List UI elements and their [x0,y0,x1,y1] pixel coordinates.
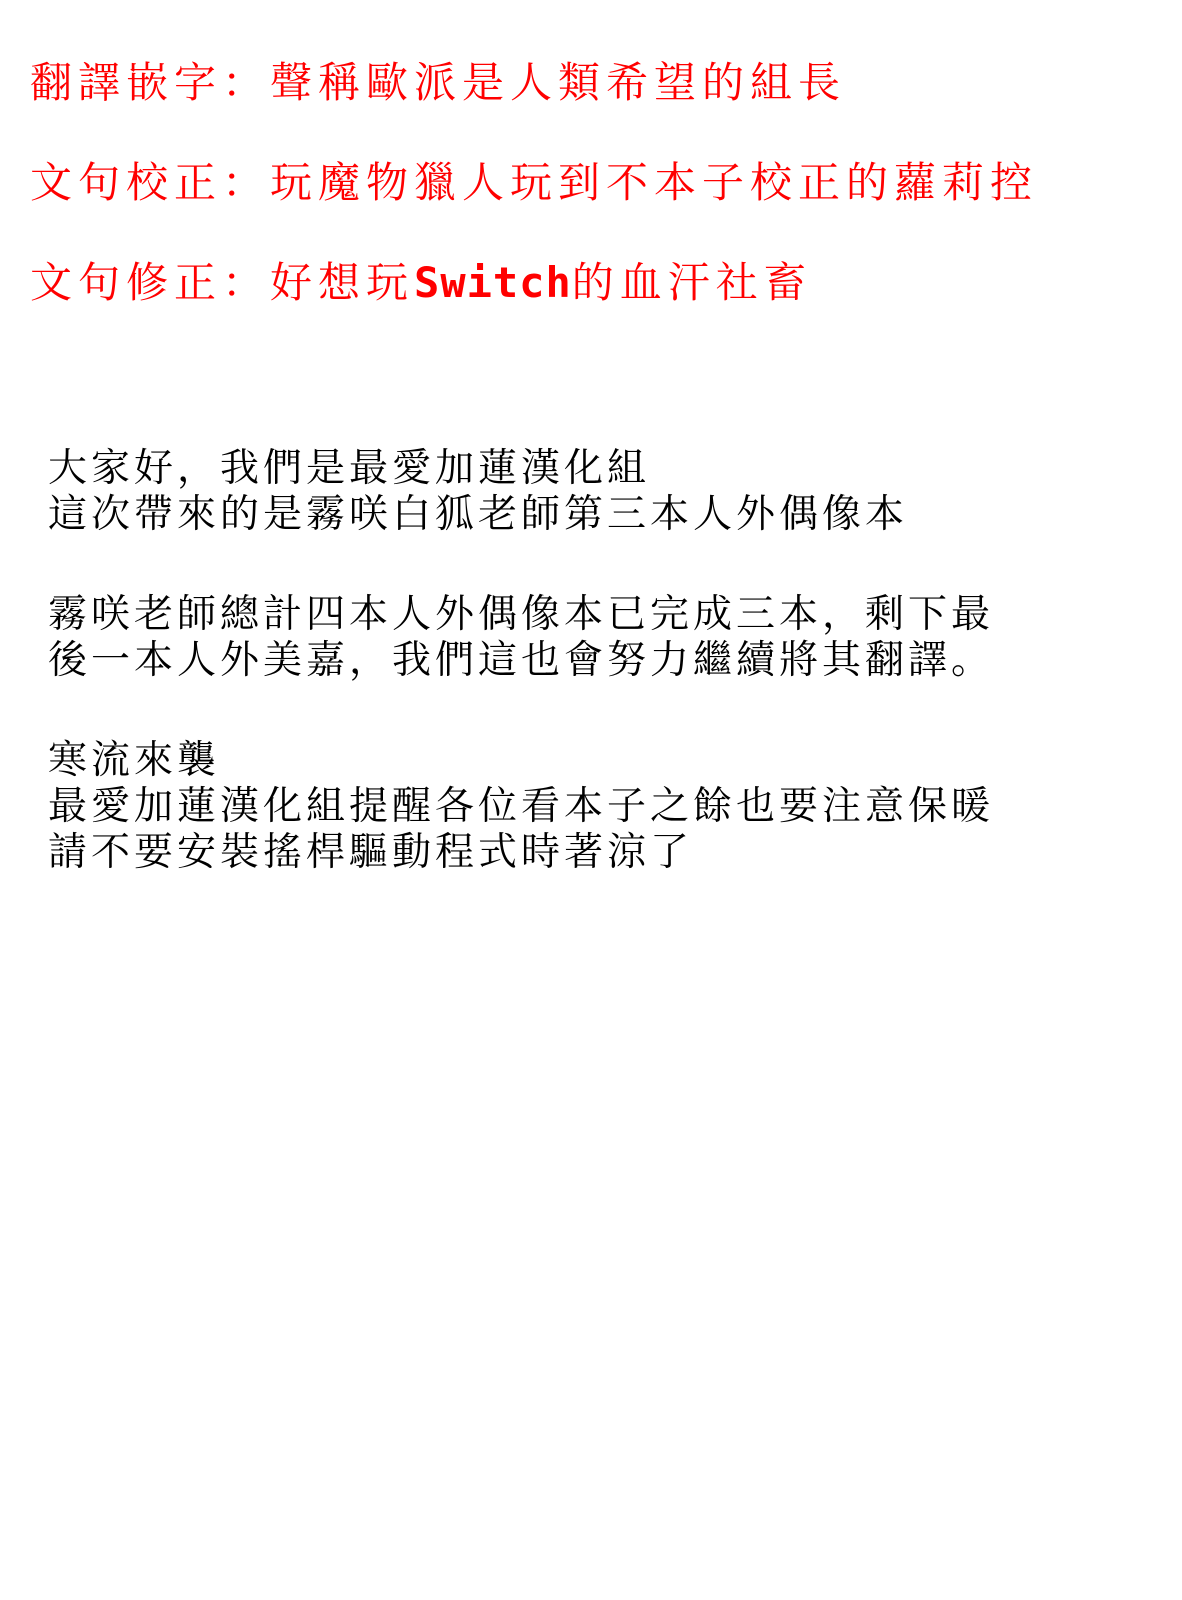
credit-editing: 文句修正：好想玩Switch的血汗社畜 [30,258,1170,308]
credit-name: 的血汗社畜 [572,258,812,307]
credit-translation-typesetting: 翻譯嵌字：聲稱歐派是人類希望的組長 [30,58,1170,108]
credit-name: 聲稱歐派是人類希望的組長 [270,58,846,107]
credit-name: 好想玩 [270,258,414,307]
note-line: 這次帶來的是霧咲白狐老師第三本人外偶像本 [48,492,1168,538]
credit-role: 文句校正： [30,158,270,207]
credit-name: 玩魔物獵人玩到不本子校正的蘿莉控 [270,158,1038,207]
credit-role: 翻譯嵌字： [30,58,270,107]
staff-credits: 翻譯嵌字：聲稱歐派是人類希望的組長 文句校正：玩魔物獵人玩到不本子校正的蘿莉控 … [30,58,1170,358]
progress-paragraph: 霧咲老師總計四本人外偶像本已完成三本，剩下最 後一本人外美嘉，我們這也會努力繼續… [48,592,1168,684]
note-line: 霧咲老師總計四本人外偶像本已完成三本，剩下最 [48,592,1168,638]
cold-weather-paragraph: 寒流來襲 最愛加蓮漢化組提醒各位看本子之餘也要注意保暖 請不要安裝搖桿驅動程式時… [48,738,1168,876]
credit-name-latin: Switch [414,258,572,307]
credit-proofreading: 文句校正：玩魔物獵人玩到不本子校正的蘿莉控 [30,158,1170,208]
note-line: 後一本人外美嘉，我們這也會努力繼續將其翻譯。 [48,638,1168,684]
greeting-paragraph: 大家好，我們是最愛加蓮漢化組 這次帶來的是霧咲白狐老師第三本人外偶像本 [48,446,1168,538]
translator-notes: 大家好，我們是最愛加蓮漢化組 這次帶來的是霧咲白狐老師第三本人外偶像本 霧咲老師… [48,446,1168,930]
note-line: 請不要安裝搖桿驅動程式時著涼了 [48,830,1168,876]
note-line: 寒流來襲 [48,738,1168,784]
note-line: 最愛加蓮漢化組提醒各位看本子之餘也要注意保暖 [48,784,1168,830]
credit-role: 文句修正： [30,258,270,307]
note-line: 大家好，我們是最愛加蓮漢化組 [48,446,1168,492]
